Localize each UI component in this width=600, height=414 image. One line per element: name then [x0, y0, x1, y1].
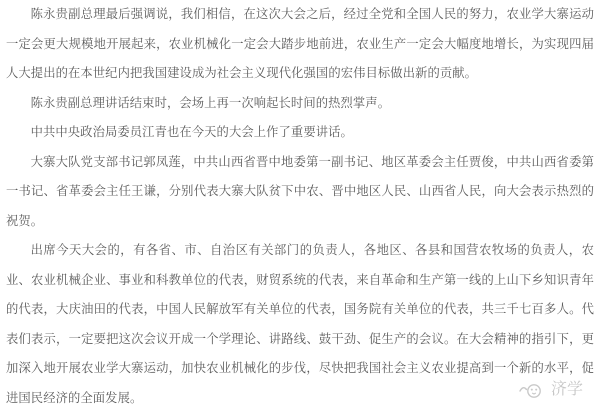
watermark-label: 济学 [551, 382, 583, 398]
paragraph-attendees: 出席今天大会的，有各省、市、自治区有关部门的负责人，各地区、各县和国营农牧场的负… [6, 236, 594, 413]
paragraph-conclusion-speech: 陈永贵副总理最后强调说，我们相信，在这次大会之后，经过全党和全国人民的努力，农业… [6, 0, 594, 89]
paragraph-congratulations: 大寨大队党支部书记郭凤莲，中共山西省晋中地委第一副书记、地区革委会主任贾俊，中共… [6, 148, 594, 237]
paragraph-applause: 陈永贵副总理讲话结束时，会场上再一次响起长时间的热烈掌声。 [6, 89, 594, 119]
paragraph-politburo-speech: 中共中央政治局委员江青也在今天的大会上作了重要讲话。 [6, 118, 594, 148]
whale-doodle-icon [518, 381, 546, 399]
article-body: 陈永贵副总理最后强调说，我们相信，在这次大会之后，经过全党和全国人民的努力，农业… [0, 0, 600, 413]
watermark: 济学 [518, 381, 583, 399]
